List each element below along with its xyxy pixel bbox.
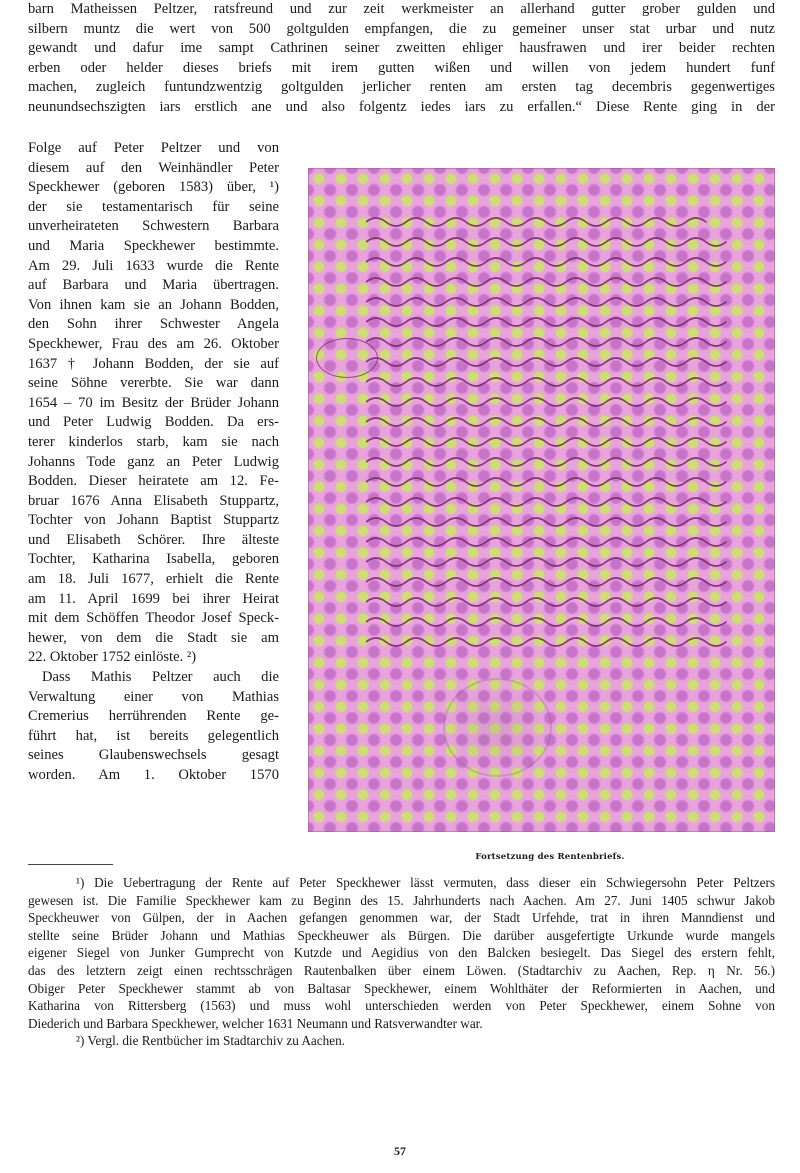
text-line: worden. Am 1. Oktober 1570 [28,766,279,786]
manuscript-image [308,168,775,832]
footnote-line: Diederich und Barbara Speckhewer, welche… [28,1015,775,1033]
text-line: Von ihnen kam sie an Johann Bodden, [28,296,279,316]
page-number: 57 [385,1144,415,1159]
footnote-divider [28,864,113,865]
text-line: 1637 † Johann Bodden, der sie auf [28,355,279,375]
text-line: Verwaltung einer von Mathias [28,688,279,708]
text-line: und Maria Speckhewer bestimmte. [28,237,279,257]
text-line: Dass Mathis Peltzer auch die [28,668,279,688]
text-line: bruar 1676 Anna Elisabeth Stuppartz, [28,492,279,512]
text-line: den Sohn ihrer Schwester Angela [28,315,279,335]
footnote-line: Katharina von Rittersberg (1563) und mus… [28,997,775,1015]
text-line: 22. Oktober 1752 einlöste. ²) [28,648,279,668]
footnotes: ¹) Die Uebertragung der Rente auf Peter … [28,874,775,1050]
footnote-line: stellte seine Brüder Johann und Mathias … [28,927,775,945]
footnote-line: ²) Vergl. die Rentbücher im Stadtarchiv … [28,1032,775,1050]
text-line: hewer, von dem die Stadt sie am [28,629,279,649]
text-line: Speckhewer, Frau des am 26. Oktober [28,335,279,355]
text-line: diesem auf den Weinhändler Peter [28,159,279,179]
text-line: Tochter von Johann Baptist Stuppartz [28,511,279,531]
top-paragraph: barn Matheissen Peltzer, ratsfreund und … [28,0,775,118]
text-line: Bodden. Dieser heiratete am 12. Fe- [28,472,279,492]
text-line: am 18. Juli 1677, erhielt die Rente [28,570,279,590]
text-line: auf Barbara und Maria übertragen. [28,276,279,296]
text-line: neunundsechszigten iars erstlich ane und… [28,98,775,118]
handwritten-text [366,214,761,664]
text-line: Cremerius herrührenden Rente ge- [28,707,279,727]
footnote-line: gewesen ist. Die Familie Speckhewer kam … [28,892,775,910]
text-line: Speckhewer (geboren 1583) über, ¹) [28,178,279,198]
text-line: und Elisabeth Schörer. Ihre älteste [28,531,279,551]
text-line: Folge auf Peter Peltzer und von [28,139,279,159]
text-line: 1654 – 70 im Besitz der Brüder Johann [28,394,279,414]
text-line: führt hat, ist bereits gelegentlich [28,727,279,747]
text-line: seine Söhne vererbte. Sie war dann [28,374,279,394]
text-line: Johanns Tode ganz an Peter Ludwig [28,453,279,473]
footnote-line: ¹) Die Uebertragung der Rente auf Peter … [28,874,775,892]
figure-caption: Fortsetzung des Rentenbriefs. [450,852,650,862]
text-line: am 11. April 1699 bei ihrer Heirat [28,590,279,610]
text-line: silbern muntz die wert von 500 goltgulde… [28,20,775,40]
text-line: machen, zugleich funtundzwentzig goltgul… [28,78,775,98]
text-line: Am 29. Juli 1633 wurde die Rente [28,257,279,277]
text-line: und Peter Ludwig Bodden. Da ers- [28,413,279,433]
text-line: erben oder helder dieses briefs mit irem… [28,59,775,79]
footnote-line: Obiger Peter Speckhewer stammt ab von Ba… [28,980,775,998]
text-line: barn Matheissen Peltzer, ratsfreund und … [28,0,775,20]
text-line: seines Glaubenswechsels gesagt [28,746,279,766]
text-line: mit dem Schöffen Theodor Josef Speck- [28,609,279,629]
footnote-line: das des letztern zeigt einen rechtsschrä… [28,962,775,980]
footnote-line: Speckheuwer von Gülpen, der in Aachen ge… [28,909,775,927]
text-line: terer kinderlos starb, kam sie nach [28,433,279,453]
text-line: gewandt und dafur ime sampt Cathrinen se… [28,39,775,59]
seal-impression [443,678,552,777]
footnote-line: eigener Siegel von Junker Gumprecht von … [28,944,775,962]
text-line: Tochter, Katharina Isabella, geboren [28,550,279,570]
text-line: der sie testamentarisch für seine [28,198,279,218]
left-column-text: Folge auf Peter Peltzer und von diesem a… [28,139,279,786]
text-line: unverheirateten Schwestern Barbara [28,217,279,237]
